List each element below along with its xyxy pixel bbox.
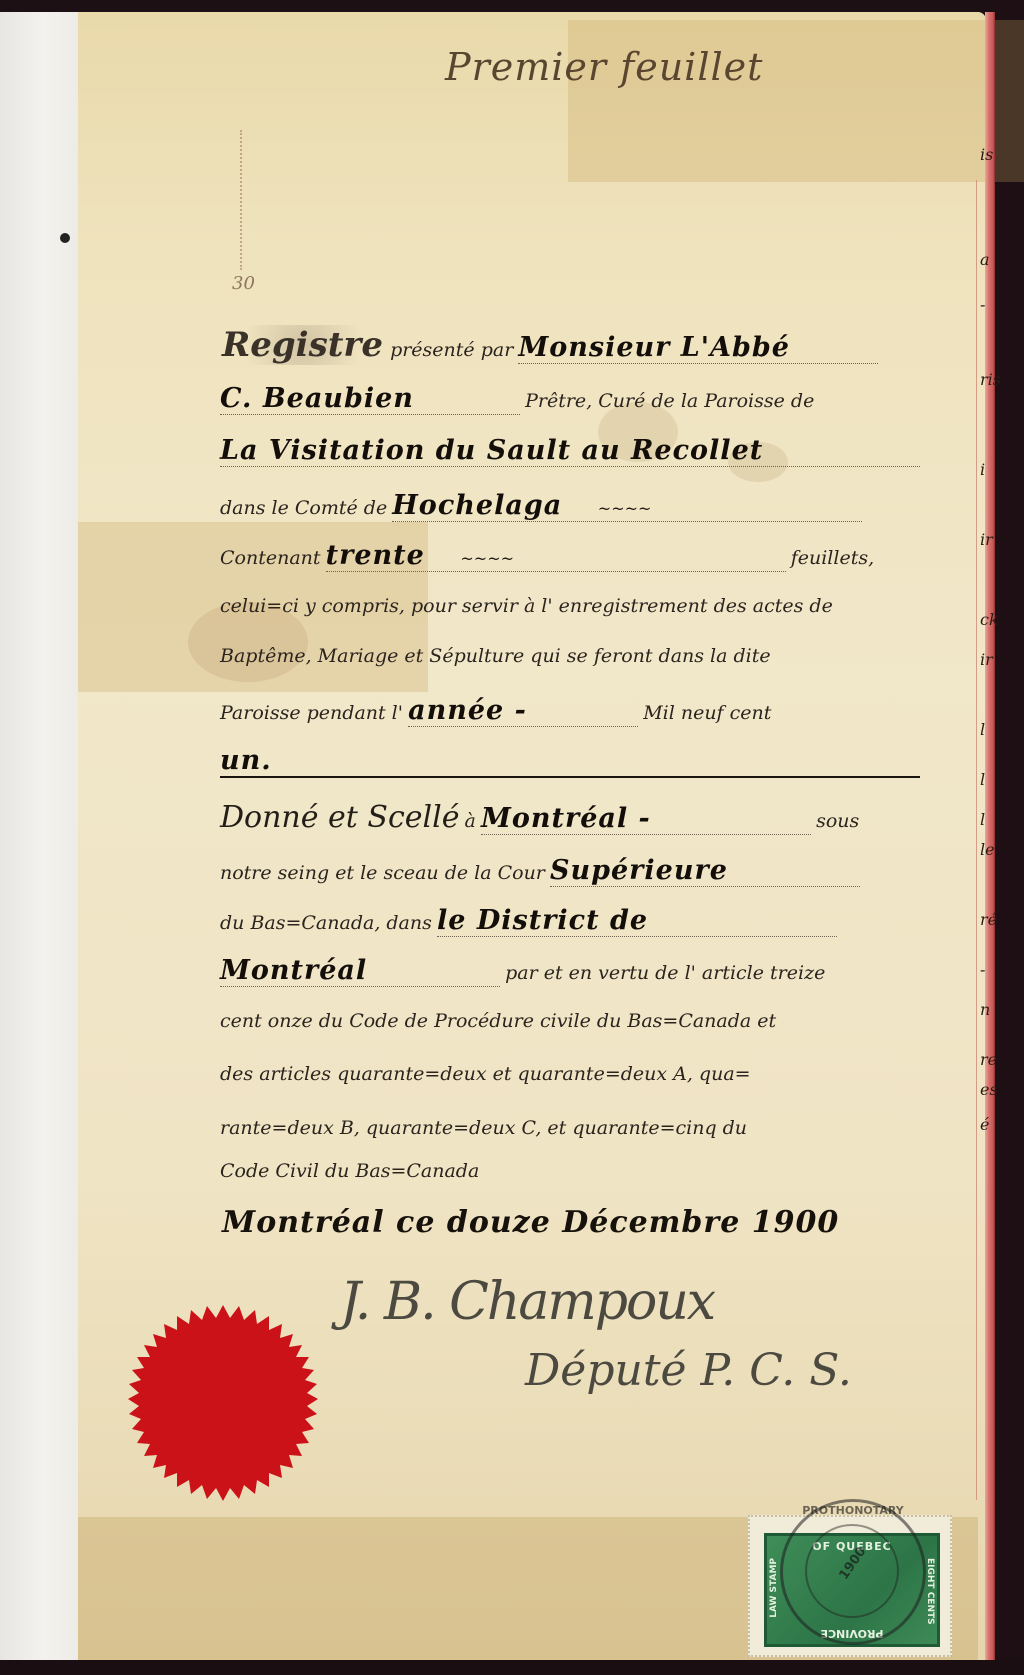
register-line-1: Registre présenté par Monsieur L'Abbé bbox=[220, 325, 930, 365]
printed-text: Baptême, Mariage et Sépulture qui se fer… bbox=[220, 645, 771, 667]
margin-fragment: - bbox=[980, 295, 985, 314]
handwritten-entry: année - bbox=[408, 695, 527, 726]
handwritten-entry: Supérieure bbox=[550, 855, 728, 886]
register-line-6: celui=ci y compris, pour servir à l' enr… bbox=[220, 595, 930, 635]
printed-text: rante=deux B, quarante=deux C, et quaran… bbox=[220, 1117, 747, 1139]
margin-fragment: a bbox=[980, 250, 990, 269]
margin-fragment: l bbox=[980, 720, 985, 739]
margin-fragment: ris bbox=[980, 370, 1001, 389]
register-line-10: Donné et Scellé à Montréal - sous bbox=[220, 800, 930, 840]
register-line-11: notre seing et le sceau de la Cour Supér… bbox=[220, 855, 930, 895]
register-line-16: rante=deux B, quarante=deux C, et quaran… bbox=[220, 1117, 930, 1157]
margin-fragment: is bbox=[980, 145, 993, 164]
handwritten-entry: Monsieur L'Abbé bbox=[518, 332, 790, 363]
margin-fragment: re bbox=[980, 1050, 997, 1069]
margin-fragment: ck bbox=[980, 610, 999, 629]
margin-fragment: ré bbox=[980, 910, 997, 929]
printed-text: du Bas=Canada, dans bbox=[220, 912, 432, 934]
header-note-premier-feuillet: Premier feuillet bbox=[445, 45, 763, 89]
printed-text: cent onze du Code de Procédure civile du… bbox=[220, 1010, 776, 1032]
signature: J. B. Champoux bbox=[340, 1272, 714, 1332]
printed-text: Paroisse pendant l' bbox=[220, 702, 403, 724]
register-line-5: Contenant trente ~~~~ feuillets, bbox=[220, 540, 930, 580]
printed-text: dans le Comté de bbox=[220, 497, 387, 519]
printed-text: par et en vertu de l' article treize bbox=[505, 962, 825, 984]
printed-text: sous bbox=[816, 810, 859, 832]
quebec-law-stamp: OF QUEBEC LAW STAMP EIGHT CENTS PROVINCE… bbox=[748, 1515, 952, 1657]
handwritten-entry: Hochelaga bbox=[392, 490, 562, 521]
register-line-2: C. Beaubien Prêtre, Curé de la Paroisse … bbox=[220, 383, 930, 423]
printed-text: Contenant bbox=[220, 547, 321, 569]
printed-text: à bbox=[465, 810, 476, 832]
red-seal-icon bbox=[98, 1278, 348, 1528]
register-line-12: du Bas=Canada, dans le District de bbox=[220, 905, 930, 945]
register-line-4: dans le Comté de Hochelaga ~~~~ bbox=[220, 490, 930, 530]
register-line-14: cent onze du Code de Procédure civile du… bbox=[220, 1010, 930, 1050]
handwritten-entry: C. Beaubien bbox=[220, 383, 414, 414]
postmark-cancellation: PROTHONOTARY 1900 bbox=[780, 1499, 926, 1645]
handwritten-entry: trente bbox=[326, 540, 425, 571]
handwritten-entry: Montréal bbox=[220, 955, 367, 986]
register-line-3: La Visitation du Sault au Recollet bbox=[220, 435, 930, 475]
printed-text: présenté par bbox=[390, 339, 513, 361]
handwritten-entry: Montréal - bbox=[481, 803, 651, 834]
margin-fragment: é bbox=[980, 1115, 989, 1134]
book-binding bbox=[995, 0, 1024, 1675]
margin-rule bbox=[976, 180, 977, 1500]
printed-text: Code Civil du Bas=Canada bbox=[220, 1160, 479, 1182]
printed-text: celui=ci y compris, pour servir à l' enr… bbox=[220, 595, 833, 617]
register-line-13: Montréal par et en vertu de l' article t… bbox=[220, 955, 930, 995]
margin-fragment: le bbox=[980, 840, 995, 859]
printed-text: Prêtre, Curé de la Paroisse de bbox=[525, 390, 814, 412]
register-line-9: un. bbox=[220, 745, 930, 785]
margin-fragment: ir bbox=[980, 650, 993, 669]
handwritten-entry: La Visitation du Sault au Recollet bbox=[220, 435, 763, 466]
register-line-7: Baptême, Mariage et Sépulture qui se fer… bbox=[220, 645, 930, 685]
margin-fragment: es bbox=[980, 1080, 998, 1099]
margin-fragment: i bbox=[980, 460, 985, 479]
margin-fragment: l bbox=[980, 770, 985, 789]
register-line-8: Paroisse pendant l' année - Mil neuf cen… bbox=[220, 695, 930, 735]
printed-text: feuillets, bbox=[791, 547, 874, 569]
book-cover-bottom-edge bbox=[0, 1660, 1024, 1675]
printed-text: notre seing et le sceau de la Cour bbox=[220, 862, 545, 884]
signature-title: Député P. C. S. bbox=[525, 1345, 852, 1396]
margin-fragment: ir bbox=[980, 530, 993, 549]
printed-text: Mil neuf cent bbox=[643, 702, 771, 724]
pencil-number: 30 bbox=[232, 273, 255, 294]
printed-text: Donné et Scellé bbox=[220, 800, 459, 835]
date-line: Montréal ce douze Décembre 1900 bbox=[222, 1205, 839, 1240]
ornate-drop-cap-registre: Registre bbox=[220, 325, 385, 365]
margin-fragment: - bbox=[980, 960, 985, 979]
handwritten-entry: un. bbox=[220, 745, 272, 776]
pencil-marks bbox=[240, 130, 260, 270]
register-line-15: des articles quarante=deux et quarante=d… bbox=[220, 1063, 930, 1103]
printed-text: des articles quarante=deux et quarante=d… bbox=[220, 1063, 751, 1085]
register-line-17: Code Civil du Bas=Canada bbox=[220, 1160, 930, 1200]
flyleaf-page bbox=[0, 12, 80, 1662]
handwritten-entry: le District de bbox=[437, 905, 648, 936]
margin-text-fragments: is a - ris i ir ck ir l l l le ré - n re… bbox=[980, 130, 998, 1460]
margin-fragment: l bbox=[980, 810, 985, 829]
binding-hole bbox=[60, 233, 70, 243]
margin-fragment: n bbox=[980, 1000, 990, 1019]
